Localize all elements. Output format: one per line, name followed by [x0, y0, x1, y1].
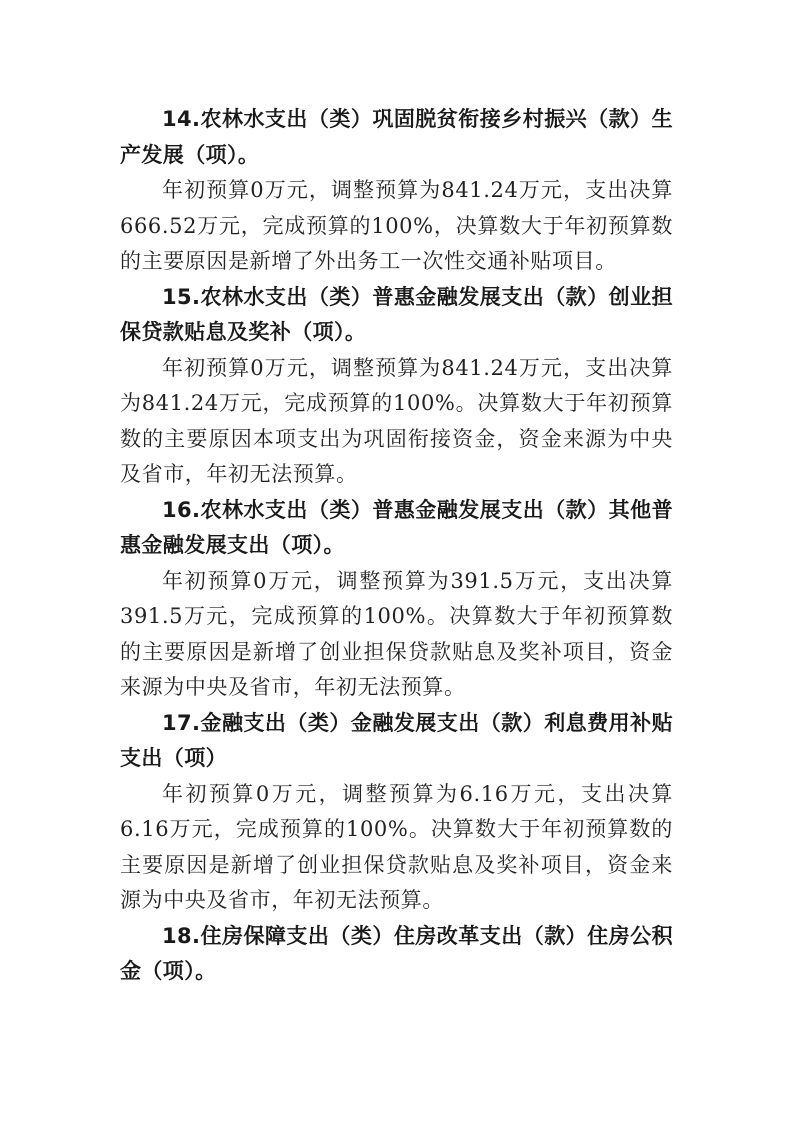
section-17-heading: 17.金融支出（类）金融发展支出（款）利息费用补贴支出（项） [120, 706, 673, 777]
section-17-body: 年初预算0万元，调整预算为6.16万元，支出决算6.16万元，完成预算的100%… [120, 777, 673, 919]
section-18-heading: 18.住房保障支出（类）住房改革支出（款）住房公积金（项）。 [120, 919, 673, 990]
section-15-heading: 15.农林水支出（类）普惠金融发展支出（款）创业担保贷款贴息及奖补（项）。 [120, 280, 673, 351]
document-page: 14.农林水支出（类）巩固脱贫衔接乡村振兴（款）生产发展（项）。 年初预算0万元… [120, 102, 673, 990]
section-16-body: 年初预算0万元，调整预算为391.5万元，支出决算391.5万元，完成预算的10… [120, 564, 673, 706]
section-15-body: 年初预算0万元，调整预算为841.24万元，支出决算为841.24万元，完成预算… [120, 351, 673, 493]
section-16-heading: 16.农林水支出（类）普惠金融发展支出（款）其他普惠金融发展支出（项）。 [120, 493, 673, 564]
section-14-heading: 14.农林水支出（类）巩固脱贫衔接乡村振兴（款）生产发展（项）。 [120, 102, 673, 173]
section-14-body: 年初预算0万元，调整预算为841.24万元，支出决算666.52万元，完成预算的… [120, 173, 673, 280]
